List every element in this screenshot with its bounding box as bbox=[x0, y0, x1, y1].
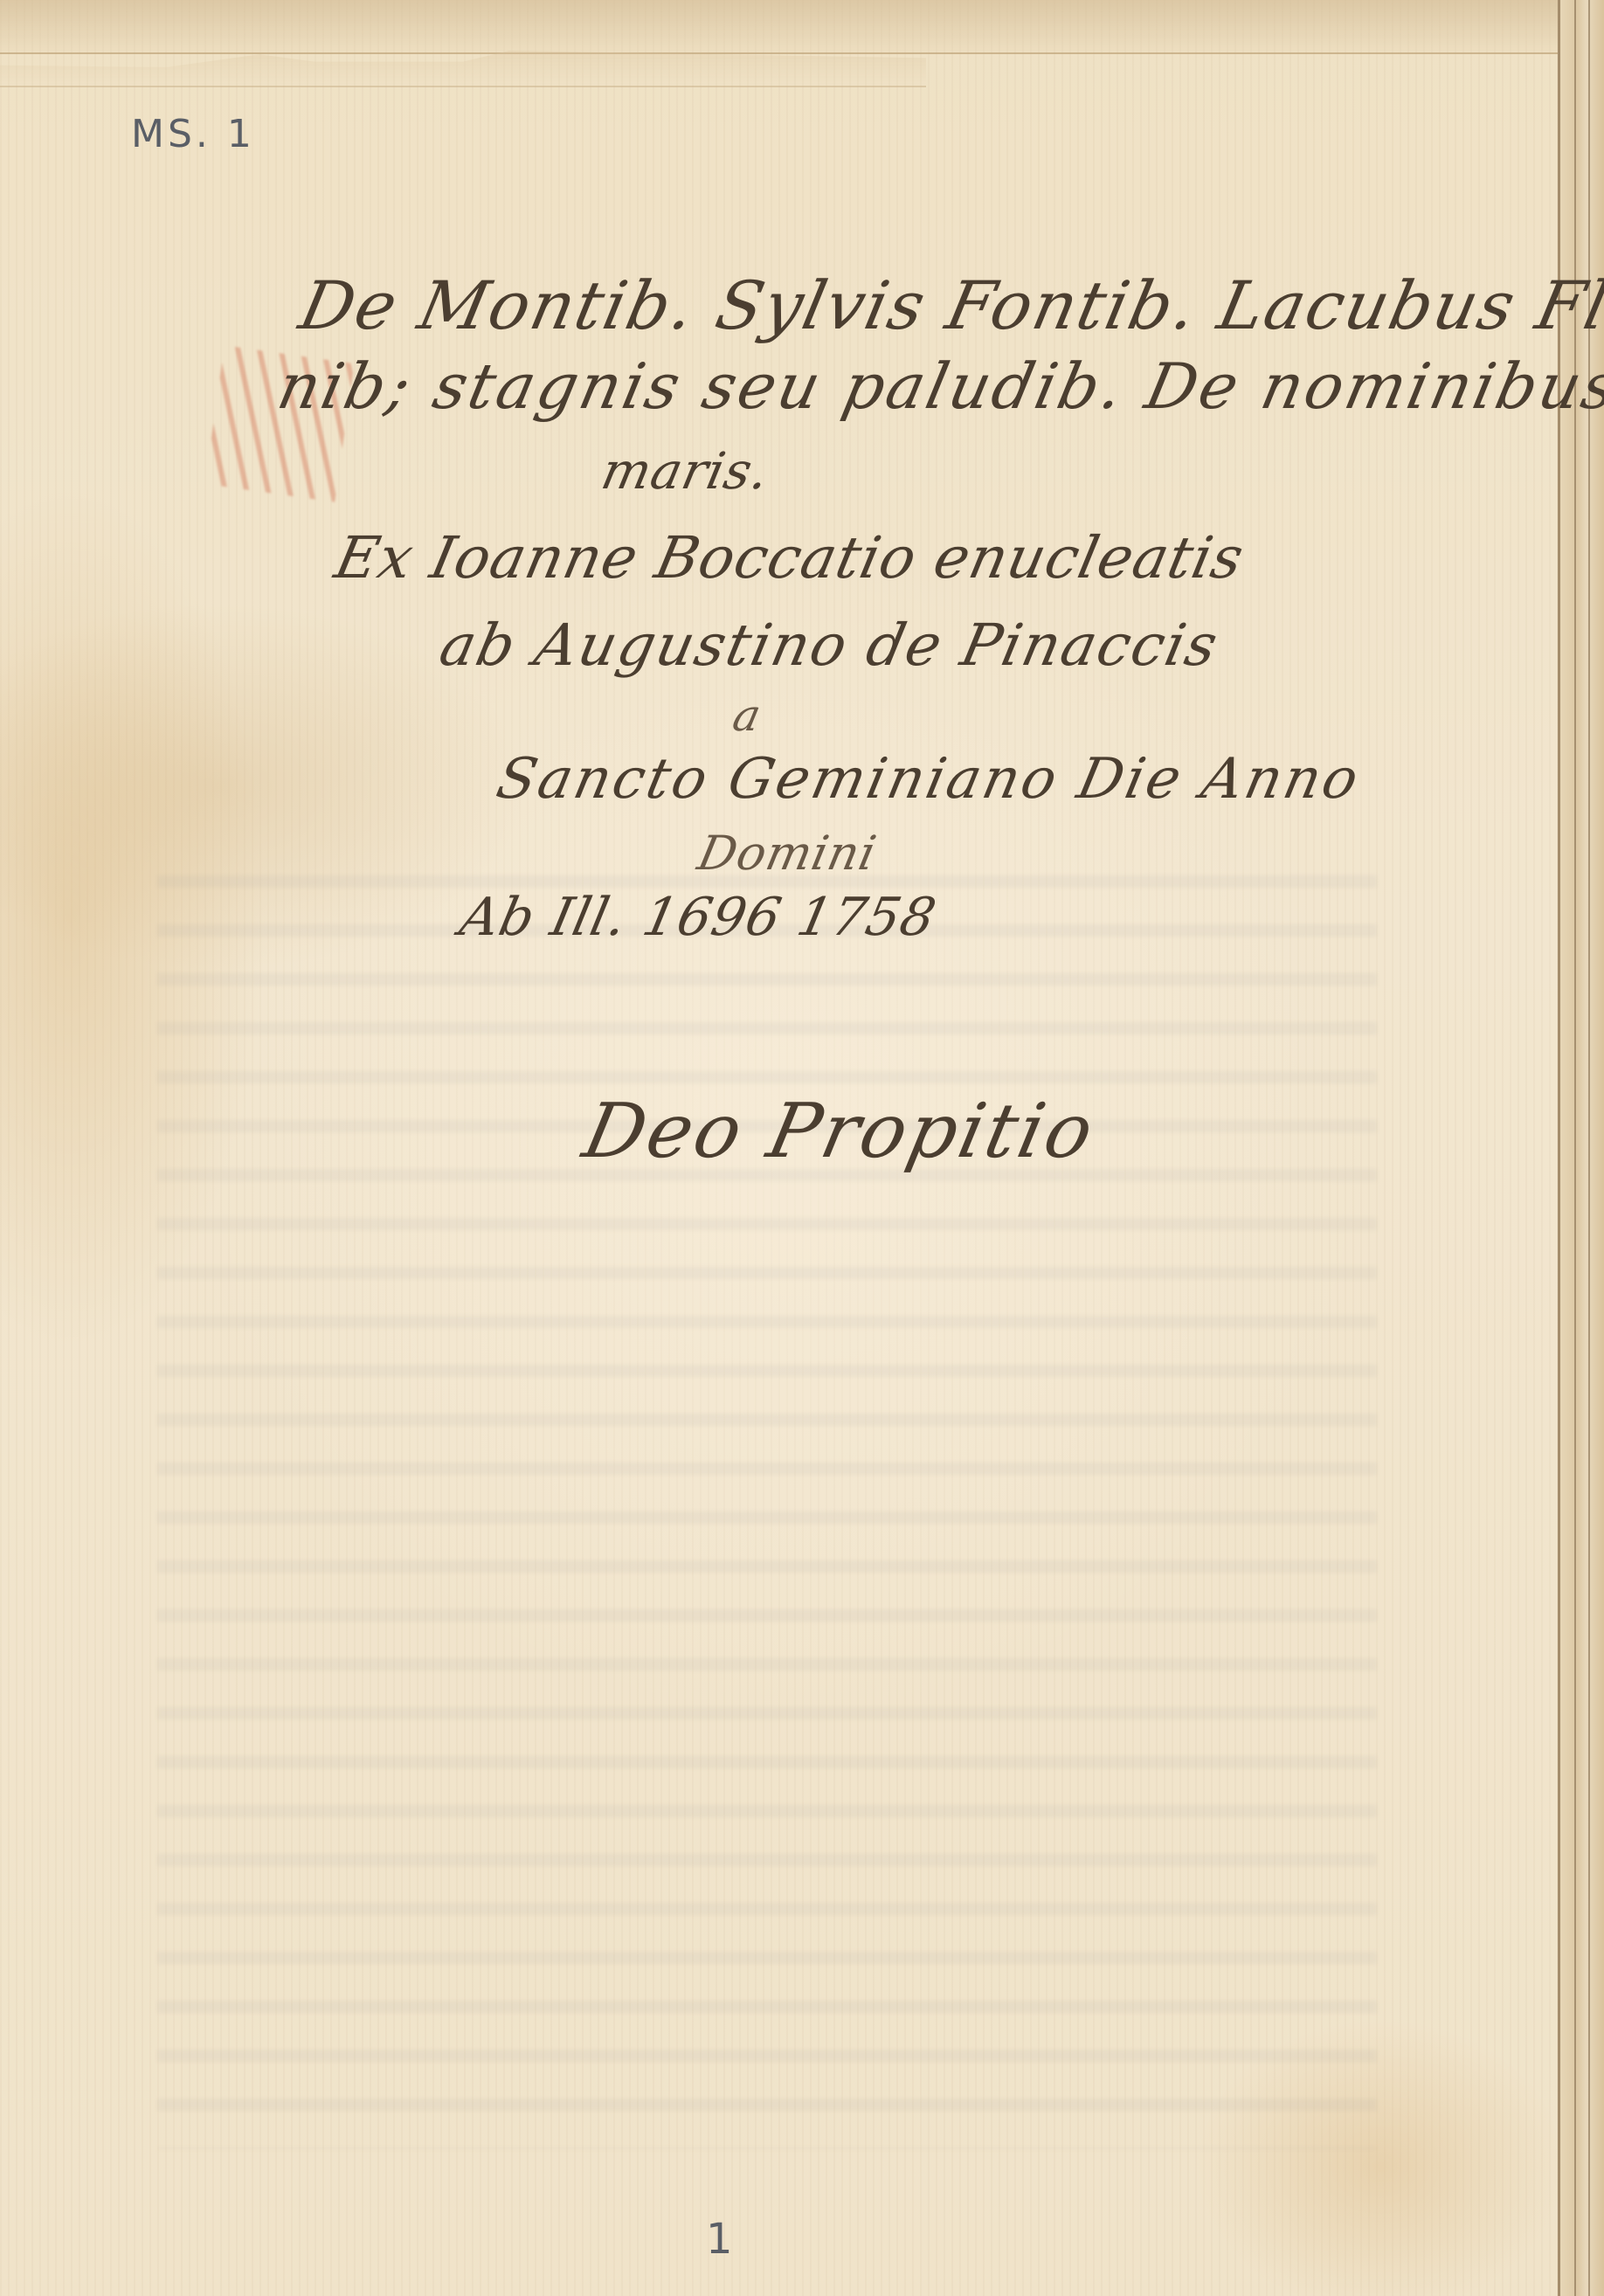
title-line-2: nib; stagnis seu paludib. De nominibus bbox=[272, 349, 1604, 423]
closing-invocation: Deo Propitio bbox=[576, 1088, 1103, 1175]
attribution-line-4: Sancto Geminiano Die Anno bbox=[491, 747, 1366, 812]
attribution-line-5: Domini bbox=[693, 826, 882, 881]
top-torn-edge bbox=[0, 51, 926, 87]
stacked-page-edges bbox=[1558, 0, 1604, 2296]
attribution-line-3: a bbox=[729, 690, 766, 741]
attribution-line-6: Ab Ill. 1696 1758 bbox=[455, 887, 942, 948]
manuscript-page: MS. 1 De Montib. Sylvis Fontib. Lacubus … bbox=[0, 0, 1604, 2296]
attribution-line-2: ab Augustino de Pinaccis bbox=[434, 612, 1225, 679]
folio-number: 1 bbox=[706, 2215, 736, 2264]
bleed-through-text bbox=[157, 839, 1377, 2149]
top-folded-edge bbox=[0, 0, 1573, 54]
shelfmark: MS. 1 bbox=[131, 112, 255, 156]
title-line-1: De Montib. Sylvis Fontib. Lacubus Flumi bbox=[294, 266, 1604, 344]
attribution-line-1: Ex Ioanne Boccatio enucleatis bbox=[329, 524, 1250, 591]
title-line-3: maris. bbox=[597, 441, 776, 501]
